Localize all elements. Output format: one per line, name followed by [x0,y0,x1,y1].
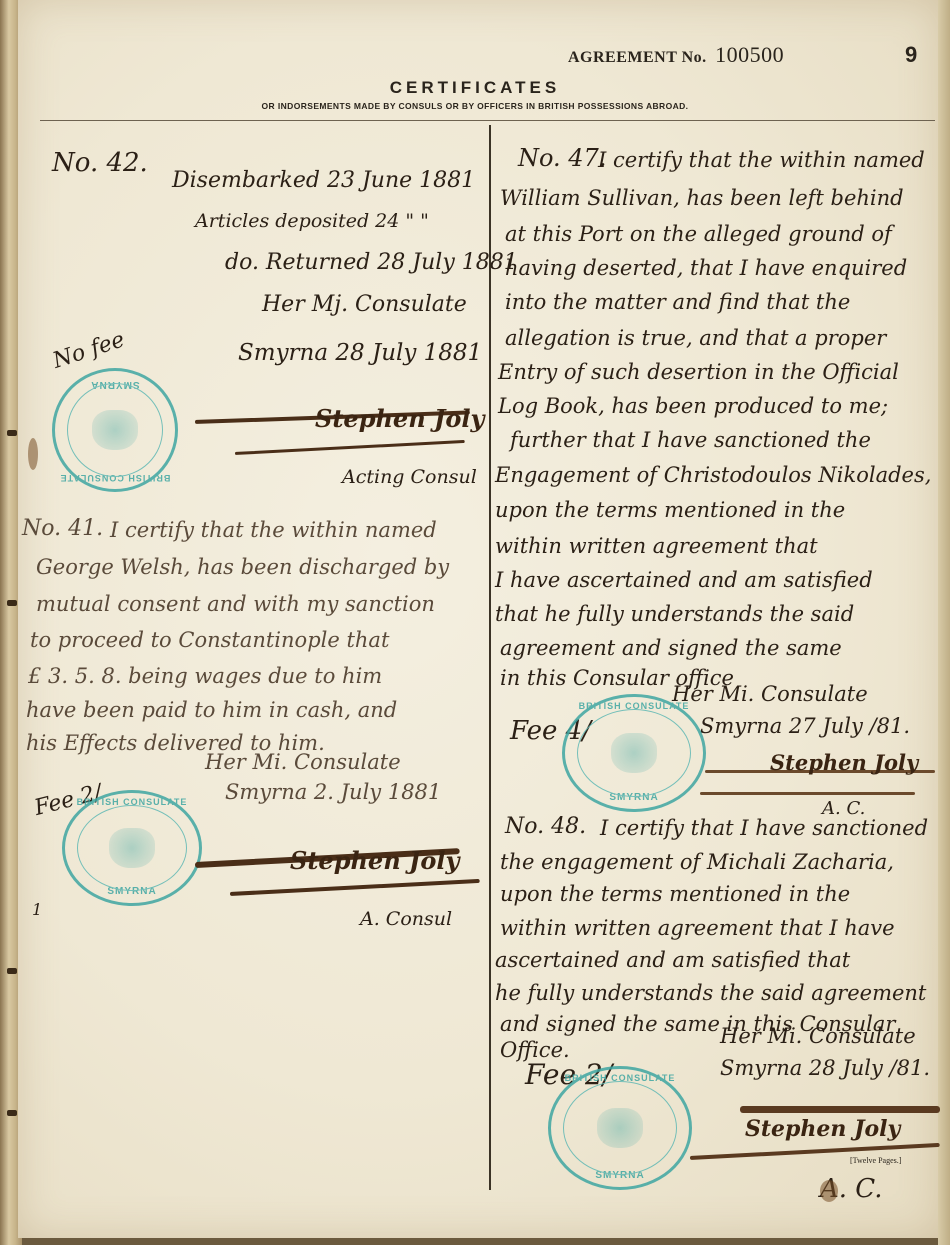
stamp-text-top: BRITISH CONSULATE [565,701,703,711]
entry-line: agreement and signed the same [500,638,842,659]
consulate-line: Her Mi. Consulate [205,752,401,773]
entry-line: upon the terms mentioned in the [495,500,845,521]
ink-stain [28,438,38,470]
binding-stitch [7,1110,17,1116]
page-number: 9 [905,42,917,68]
entry-line: Engagement of Christodoulos Nikolades, [495,465,931,486]
entry-line: Articles deposited 24 " " [195,212,429,231]
entry-line: I certify that I have sanctioned [600,818,928,839]
royal-crest-icon [109,828,155,868]
consulate-stamp: BRITISH CONSULATE SMYRNA [548,1066,692,1190]
entry-line: within written agreement that [495,536,818,557]
entry-line: allegation is true, and that a proper [505,328,886,349]
entry-line: having deserted, that I have enquired [505,258,907,279]
signature-title: A. Consul [360,910,452,929]
entry-line: within written agreement that I have [500,918,895,939]
entry-line: mutual consent and with my sanction [36,594,435,615]
agreement-number: AGREEMENT No. 100500 [568,42,784,68]
entry-line: William Sullivan, has been left behind [500,188,904,209]
consulate-line: Her Mi. Consulate [720,1026,916,1047]
stamp-text-bottom: SMYRNA [55,379,175,390]
page-count-note: [Twelve Pages.] [850,1156,901,1165]
header-rule [40,120,935,121]
agreement-value: 100500 [715,42,784,67]
entry-line: have been paid to him in cash, and [26,700,397,721]
consul-signature: Stephen Joly [770,750,918,775]
margin-mark: 1 [32,902,42,918]
entry-line: George Welsh, has been discharged by [36,557,449,578]
entry-line: £ 3. 5. 8. being wages due to him [28,666,382,687]
stamp-text-top: BRITISH CONSULATE [55,473,175,483]
entry-line: further that I have sanctioned the [510,430,871,451]
entry-line: he fully understands the said agreement [495,983,926,1004]
agreement-label: AGREEMENT No. [568,49,707,66]
entry-line: I certify that the within named [598,150,925,171]
consulate-stamp: BRITISH CONSULATE SMYRNA [62,790,202,906]
entry-line: into the matter and find that the [505,292,850,313]
entry-line: at this Port on the alleged ground of [505,224,892,245]
entry-line: I have ascertained and am satisfied [495,570,873,591]
entry-line: upon the terms mentioned in the [500,884,850,905]
consul-signature: Stephen Joly [290,846,459,875]
signature-flourish [740,1106,940,1113]
binding-stitch [7,430,17,436]
consulate-stamp: BRITISH CONSULATE SMYRNA [52,368,178,492]
binding-stitch [7,968,17,974]
entry-line: do. Returned 28 July 1881 [225,252,518,274]
signature-flourish [700,792,915,795]
signature-title: Acting Consul [342,468,477,487]
entry-line: the engagement of Michali Zacharia, [500,852,894,873]
binding-stitch [7,600,17,606]
consul-signature: Stephen Joly [315,404,484,433]
stamp-text-bottom: SMYRNA [565,792,703,803]
royal-crest-icon [611,733,657,773]
stamp-text-top: BRITISH CONSULATE [65,797,199,807]
place-date: Smyrna 28 July /81. [720,1058,930,1079]
entry-line: Log Book, has been produced to me; [498,396,888,417]
stamp-text-top: BRITISH CONSULATE [551,1073,689,1083]
place-date: Smyrna 27 July /81. [700,716,910,737]
entry-number: No. 41. [22,518,103,540]
page-edge [938,0,950,1245]
stamp-text-bottom: SMYRNA [65,886,199,897]
entry-number: No. 42. [52,150,148,176]
entry-line: to proceed to Constantinople that [30,630,389,651]
entry-line: that he fully understands the said [495,604,854,625]
consulate-stamp: BRITISH CONSULATE SMYRNA [562,694,706,812]
royal-crest-icon [597,1108,643,1148]
ink-stain [820,1180,838,1202]
stamp-text-bottom: SMYRNA [551,1170,689,1181]
entry-number: No. 47. [518,146,606,170]
place-date: Smyrna 2. July 1881 [225,782,441,803]
entry-line: I certify that the within named [110,520,437,541]
entry-line: Disembarked 23 June 1881 [172,170,475,192]
entry-line: Entry of such desertion in the Official [498,362,899,383]
consul-signature: Stephen Joly [745,1116,900,1142]
entry-line: ascertained and am satisfied that [495,950,850,971]
entry-line: Smyrna 28 July 1881 [238,342,482,365]
column-divider [489,125,491,1190]
page-subtitle: OR INDORSEMENTS MADE BY CONSULS OR BY OF… [0,101,950,111]
entry-line: Her Mj. Consulate [262,294,467,316]
entry-number: No. 48. [505,816,586,838]
royal-crest-icon [92,410,138,450]
page-title: CERTIFICATES [0,78,950,98]
